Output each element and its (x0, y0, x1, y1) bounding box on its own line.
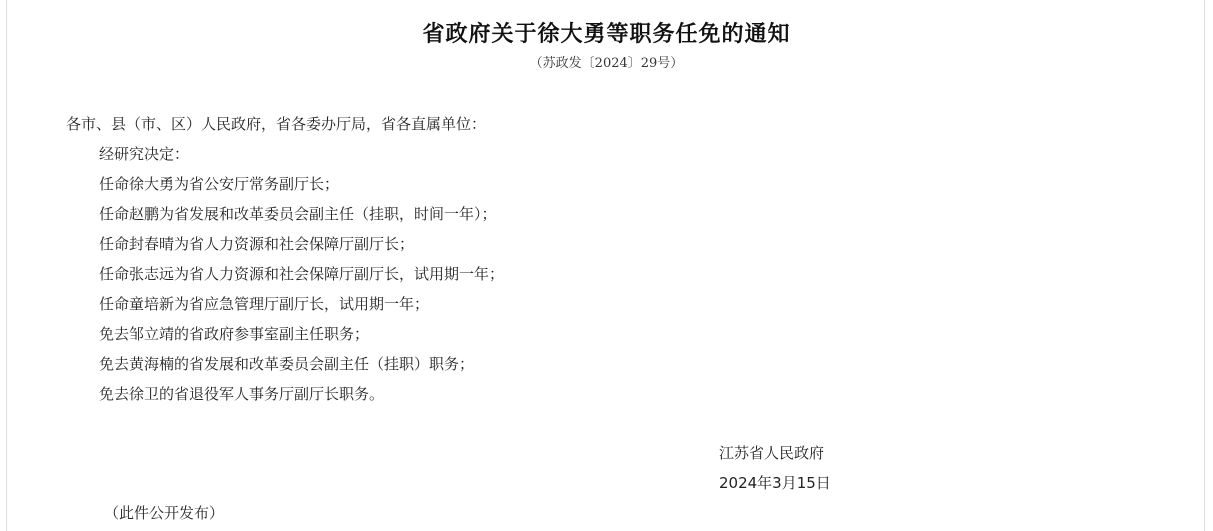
body-line: 任命张志远为省人力资源和社会保障厅副厅长，试用期一年； (99, 264, 504, 284)
document-number: （苏政发〔2024〕29号） (0, 52, 1213, 71)
body-line: 任命徐大勇为省公安厅常务副厅长； (99, 174, 339, 194)
body-line: 免去徐卫的省退役军人事务厅副厅长职务。 (99, 384, 384, 404)
signature-issuer: 江苏省人民政府 (719, 443, 824, 463)
publication-note: （此件公开发布） (104, 503, 224, 523)
signature-date: 2024年3月15日 (719, 473, 831, 493)
body-line: 免去邹立靖的省政府参事室副主任职务； (99, 324, 369, 344)
body-line: 任命赵鹏为省发展和改革委员会副主任（挂职，时间一年）； (99, 204, 497, 224)
addressee: 各市、县（市、区）人民政府，省各委办厅局，省各直属单位： (66, 114, 486, 134)
document-title: 省政府关于徐大勇等职务任免的通知 (0, 17, 1213, 48)
body-line: 任命封春晴为省人力资源和社会保障厅副厅长； (99, 234, 414, 254)
body-line: 免去黄海楠的省发展和改革委员会副主任（挂职）职务； (99, 354, 474, 374)
body-line: 经研究决定： (99, 144, 189, 164)
body-line: 任命童培新为省应急管理厅副厅长，试用期一年； (99, 294, 429, 314)
